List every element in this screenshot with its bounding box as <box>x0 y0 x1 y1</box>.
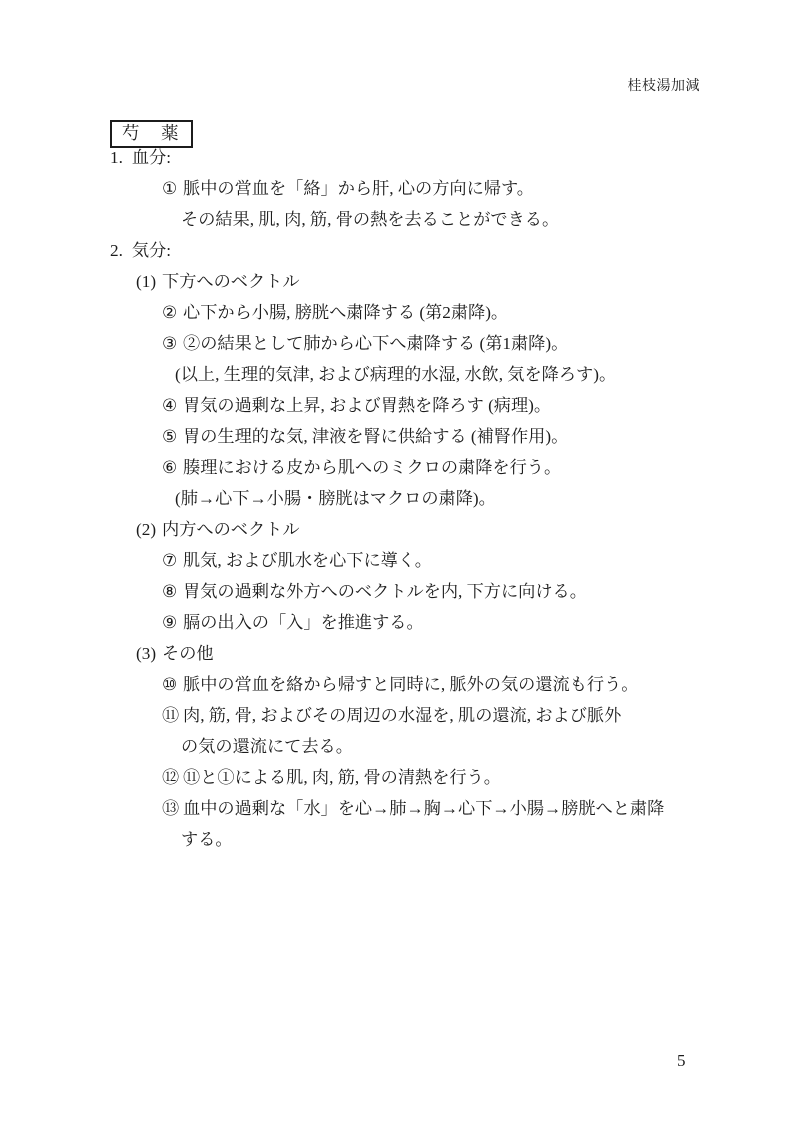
line-text: その他 <box>162 644 214 663</box>
line-text: 脈中の営血を「絡」から肝, 心の方向に帰す。 <box>183 179 534 198</box>
line-text: 胃気の過剰な外方へのベクトルを内, 下方に向ける。 <box>183 582 587 601</box>
text-line: ⑫⑪と①による肌, 肉, 筋, 骨の清熱を行う。 <box>0 762 800 793</box>
line-text: ②の結果として肺から心下へ粛降する (第1粛降)。 <box>183 334 568 353</box>
line-text: (以上, 生理的気津, および病理的水湿, 水飲, 気を降ろす)。 <box>175 365 616 384</box>
item-number: ⑧ <box>162 576 183 607</box>
text-line: ④胃気の過剰な上昇, および胃熱を降ろす (病理)。 <box>0 390 800 421</box>
line-text: 気分: <box>132 241 171 260</box>
text-line: ⑥腠理における皮から肌へのミクロの粛降を行う。 <box>0 452 800 483</box>
line-text: 心下から小腸, 膀胱へ粛降する (第2粛降)。 <box>183 303 508 322</box>
text-line: 2.気分: <box>0 235 800 266</box>
line-text: 脈中の営血を絡から帰すと同時に, 脈外の気の還流も行う。 <box>183 675 638 694</box>
item-number: 2. <box>110 241 123 260</box>
line-text: 腠理における皮から肌へのミクロの粛降を行う。 <box>183 458 561 477</box>
text-line: ⑪肉, 筋, 骨, およびその周辺の水湿を, 肌の還流, および脈外 <box>0 700 800 731</box>
line-text: 内方へのベクトル <box>162 520 300 539</box>
line-text: する。 <box>181 830 233 849</box>
item-number: ⑥ <box>162 452 183 483</box>
text-line: ⑬血中の過剰な「水」を心→肺→胸→心下→小腸→膀胱へと粛降 <box>0 793 800 824</box>
text-line: その結果, 肌, 肉, 筋, 骨の熱を去ることができる。 <box>0 204 800 235</box>
section-title: 芍 薬 <box>122 123 181 143</box>
item-number: ⑤ <box>162 421 183 452</box>
item-number: ⑩ <box>162 669 183 700</box>
item-number: ⑨ <box>162 607 183 638</box>
line-text: の気の還流にて去る。 <box>181 737 353 756</box>
line-text: 血中の過剰な「水」を心→肺→胸→心下→小腸→膀胱へと粛降 <box>183 799 664 818</box>
text-line: (以上, 生理的気津, および病理的水湿, 水飲, 気を降ろす)。 <box>0 359 800 390</box>
text-line: (2)内方へのベクトル <box>0 514 800 545</box>
text-line: (1)下方へのベクトル <box>0 266 800 297</box>
text-line: ⑩脈中の営血を絡から帰すと同時に, 脈外の気の還流も行う。 <box>0 669 800 700</box>
text-line: の気の還流にて去る。 <box>0 731 800 762</box>
item-number: ⑫ <box>162 762 183 793</box>
item-number: ③ <box>162 328 183 359</box>
line-text: 膈の出入の「入」を推進する。 <box>183 613 424 632</box>
text-line: ⑦肌気, および肌水を心下に導く。 <box>0 545 800 576</box>
line-text: ⑪と①による肌, 肉, 筋, 骨の清熱を行う。 <box>183 768 501 787</box>
item-number: (1) <box>136 266 162 297</box>
line-text: 胃気の過剰な上昇, および胃熱を降ろす (病理)。 <box>183 396 551 415</box>
text-line: ⑤胃の生理的な気, 津液を腎に供給する (補腎作用)。 <box>0 421 800 452</box>
text-line: する。 <box>0 824 800 855</box>
text-line: ③②の結果として肺から心下へ粛降する (第1粛降)。 <box>0 328 800 359</box>
line-text: 血分: <box>132 148 171 167</box>
line-text: 肌気, および肌水を心下に導く。 <box>183 551 432 570</box>
item-number: ② <box>162 297 183 328</box>
line-text: (肺→心下→小腸・膀胱はマクロの粛降)。 <box>175 489 496 508</box>
item-number: (3) <box>136 638 162 669</box>
text-line: (3)その他 <box>0 638 800 669</box>
page-number: 5 <box>677 1051 686 1071</box>
text-line: 1.血分: <box>0 142 800 173</box>
text-line: ⑧胃気の過剰な外方へのベクトルを内, 下方に向ける。 <box>0 576 800 607</box>
item-number: (2) <box>136 514 162 545</box>
item-number: ① <box>162 173 183 204</box>
item-number: ⑦ <box>162 545 183 576</box>
line-text: 胃の生理的な気, 津液を腎に供給する (補腎作用)。 <box>183 427 568 446</box>
text-line: ②心下から小腸, 膀胱へ粛降する (第2粛降)。 <box>0 297 800 328</box>
document-page: 桂枝湯加減 芍 薬 1.血分:①脈中の営血を「絡」から肝, 心の方向に帰す。その… <box>0 0 800 1135</box>
line-text: その結果, 肌, 肉, 筋, 骨の熱を去ることができる。 <box>181 210 559 229</box>
item-number: 1. <box>110 148 123 167</box>
item-number: ⑬ <box>162 793 183 824</box>
line-text: 肉, 筋, 骨, およびその周辺の水湿を, 肌の還流, および脈外 <box>183 706 621 725</box>
line-text: 下方へのベクトル <box>162 272 300 291</box>
document-body: 1.血分:①脈中の営血を「絡」から肝, 心の方向に帰す。その結果, 肌, 肉, … <box>0 142 800 855</box>
item-number: ④ <box>162 390 183 421</box>
text-line: (肺→心下→小腸・膀胱はマクロの粛降)。 <box>0 483 800 514</box>
running-header: 桂枝湯加減 <box>628 78 701 96</box>
text-line: ⑨膈の出入の「入」を推進する。 <box>0 607 800 638</box>
text-line: ①脈中の営血を「絡」から肝, 心の方向に帰す。 <box>0 173 800 204</box>
item-number: ⑪ <box>162 700 183 731</box>
